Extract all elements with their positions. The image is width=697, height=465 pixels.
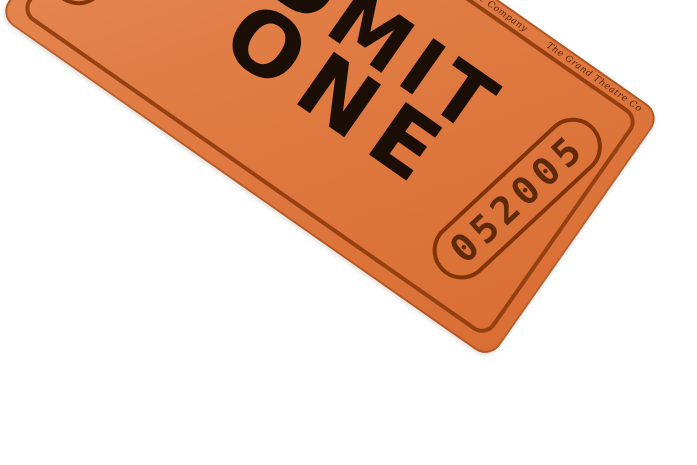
admit-one-ticket: The Grand Theatre Company The Grand Thea… bbox=[0, 0, 662, 360]
ticket-clipart-canvas: The Grand Theatre Company The Grand Thea… bbox=[0, 0, 697, 465]
